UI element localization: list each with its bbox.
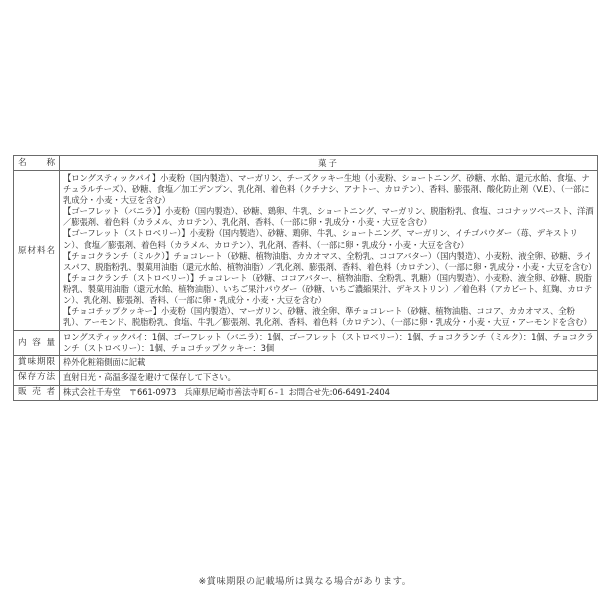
row-seller: 販 売 者 株式会社千寿堂 〒661-0973 兵庫県尼崎市善法寺町６-１ お問… (14, 385, 598, 400)
footnote: ※賞味期限の記載場所は異なる場合があります。 (0, 573, 610, 587)
ingredient-item-gaufrette-vanilla: 【ゴーフレット（バニラ）】小麦粉（国内製造）、砂糖、鶏卵、牛乳、ショートニング、… (63, 206, 594, 228)
ingredient-item-choco-crunch-strawberry: 【チョコクランチ（ストロベリー）】チョコレート（砂糖、ココアバター、植物油脂、全… (63, 273, 594, 306)
product-label-table: 名 称 菓子 原材料名 【ロングスティックパイ】小麦粉（国内製造）、マーガリン、… (13, 155, 598, 401)
value-ingredients: 【ロングスティックパイ】小麦粉（国内製造）、マーガリン、チーズクッキー生地（小麦… (60, 171, 598, 331)
label-contents: 内 容 量 (14, 331, 60, 355)
row-storage: 保存方法 直射日光・高温多湿を避けて保存して下さい。 (14, 370, 598, 385)
row-name: 名 称 菓子 (14, 156, 598, 171)
value-contents: ロングスティックパイ：1個、ゴーフレット（バニラ）：1個、ゴーフレット（ストロベ… (60, 331, 598, 355)
ingredient-item-gaufrette-strawberry: 【ゴーフレット（ストロベリー）】小麦粉（国内製造）、砂糖、鶏卵、牛乳、ショートニ… (63, 228, 594, 250)
value-seller: 株式会社千寿堂 〒661-0973 兵庫県尼崎市善法寺町６-１ お問合せ先:06… (60, 385, 598, 400)
value-storage: 直射日光・高温多湿を避けて保存して下さい。 (60, 370, 598, 385)
value-name: 菓子 (60, 156, 598, 171)
label-best-before: 賞味期限 (14, 355, 60, 370)
label-ingredients: 原材料名 (14, 171, 60, 331)
value-best-before: 枠外化粧箱側面に記載 (60, 355, 598, 370)
ingredient-item-choco-crunch-milk: 【チョコクランチ（ミルク）】チョコレート（砂糖、植物油脂、カカオマス、全粉乳、コ… (63, 251, 594, 273)
label-seller: 販 売 者 (14, 385, 60, 400)
label-storage: 保存方法 (14, 370, 60, 385)
ingredient-item-long-stick-pie: 【ロングスティックパイ】小麦粉（国内製造）、マーガリン、チーズクッキー生地（小麦… (63, 173, 594, 206)
ingredient-item-choco-chip-cookie: 【チョコチップクッキー】小麦粉（国内製造）、マーガリン、砂糖、液全卵、準チョコレ… (63, 306, 594, 328)
row-ingredients: 原材料名 【ロングスティックパイ】小麦粉（国内製造）、マーガリン、チーズクッキー… (14, 171, 598, 331)
label-name: 名 称 (14, 156, 60, 171)
row-contents: 内 容 量 ロングスティックパイ：1個、ゴーフレット（バニラ）：1個、ゴーフレッ… (14, 331, 598, 355)
row-best-before: 賞味期限 枠外化粧箱側面に記載 (14, 355, 598, 370)
